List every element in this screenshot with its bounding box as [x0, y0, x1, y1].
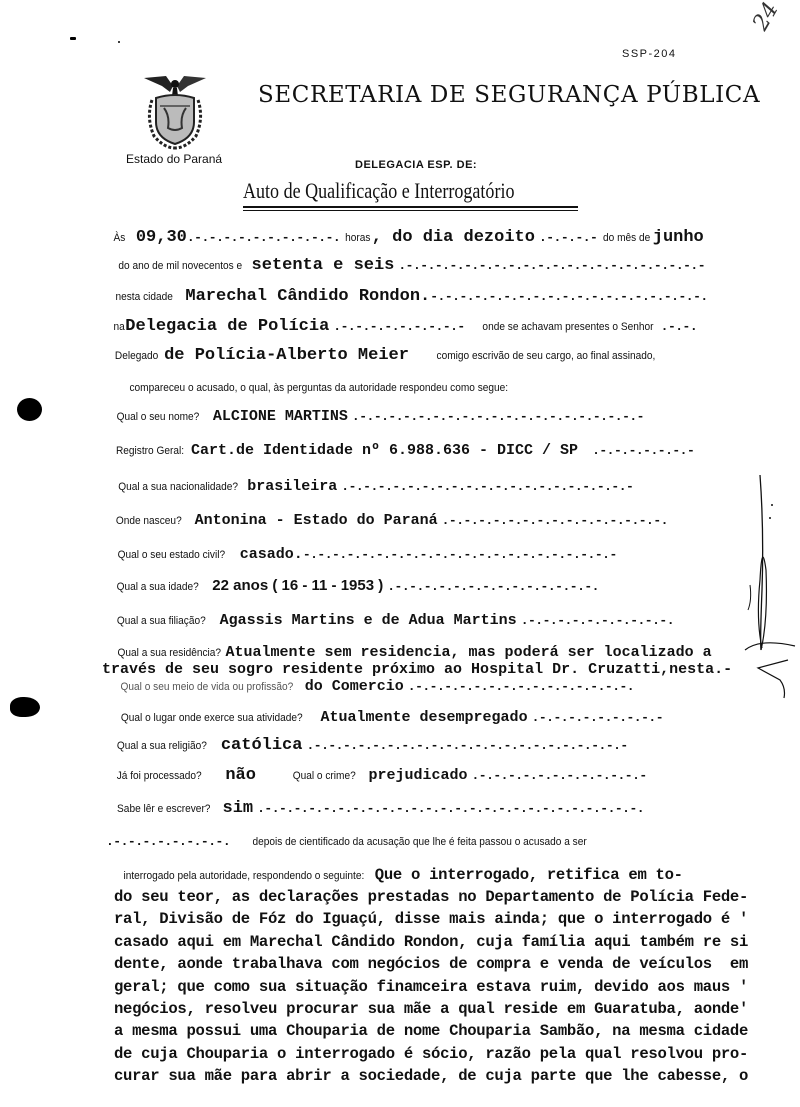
- handwritten-page-number: 24: [748, 0, 784, 35]
- opening-line-year: do ano de mil novecentos e setenta e sei…: [113, 256, 705, 275]
- fill-dashes: .-.-.-.-.-.-.-.-.-.-.-.-.-.-.-.-.-.-.-.-: [352, 409, 644, 424]
- qa-birthplace: Onde nasceu? Antonina - Estado do Paraná…: [113, 511, 668, 529]
- question: Qual a sua residência?: [118, 647, 222, 659]
- opening-line-appearance: compareceu o acusado, o qual, às pergunt…: [113, 378, 525, 396]
- title-underline: [243, 206, 578, 208]
- qa-profession: Qual o seu meio de vida ou profissão? do…: [113, 677, 634, 695]
- label-month: do mês de: [603, 232, 650, 244]
- question-crime: Qual o crime?: [293, 770, 356, 782]
- statement-line: curar sua mãe para abrir a sociedade, de…: [114, 1065, 794, 1087]
- month-value: junho: [653, 228, 704, 247]
- answer: Atualmente sem residencia, mas poderá se…: [226, 644, 712, 661]
- label-presence: onde se achavam presentes o Senhor: [482, 321, 653, 333]
- answer: Atualmente desempregado: [321, 709, 528, 726]
- question: Qual a sua nacionalidade?: [118, 481, 238, 493]
- answer: ALCIONE MARTINS: [213, 408, 348, 425]
- fill-dashes: .-.-.: [661, 319, 698, 334]
- qa-age: Qual a sua idade? 22 anos ( 16 - 11 - 19…: [113, 577, 599, 595]
- fill-dashes: .-.-.-.-.-.-.-.-.-.-.-.-.-.-.-.-.-.-.-.-…: [306, 738, 627, 753]
- transition-line-1: .-.-.-.-.-.-.-.-. depois de cientificado…: [106, 832, 601, 850]
- title-underline: [243, 210, 578, 211]
- fill-dashes: .-.-.-.-.-.-.-.-.-.-.: [187, 230, 340, 245]
- statement-body: do seu teor, as declarações prestadas no…: [114, 886, 794, 1088]
- question: Já foi processado?: [117, 770, 202, 782]
- qa-nationality: Qual a sua nacionalidade? brasileira .-.…: [113, 477, 633, 495]
- answer-crime: prejudicado: [368, 767, 467, 784]
- qa-workplace: Qual o lugar onde exerce sua atividade? …: [113, 708, 663, 726]
- statement-line: casado aqui em Marechal Cândido Rondon, …: [114, 931, 794, 953]
- fill-dashes: .-.-.-.-.-.-.-.-.-.-.-.-.-.-.-.: [442, 513, 668, 528]
- day-value: , do dia dezoito: [372, 228, 535, 247]
- fill-dashes: .-.-.-.-: [539, 230, 597, 245]
- official-value: de Polícia-Alberto Meier: [164, 346, 409, 365]
- fill-dashes: .-.-.-.-.-.-.-.-.-.-.-.-: [471, 768, 646, 783]
- question: Sabe lêr e escrever?: [117, 803, 210, 815]
- answer: 22 anos ( 16 - 11 - 1953 ): [212, 577, 383, 594]
- transition-text: interrogado pela autoridade, respondendo…: [123, 870, 364, 882]
- label-year: do ano de mil novecentos e: [118, 260, 242, 272]
- answer: brasileira: [247, 478, 337, 495]
- label-delegado: Delegado: [115, 350, 158, 362]
- question: Qual a sua idade?: [117, 581, 199, 593]
- city-value: Marechal Cândido Rondon.: [185, 287, 430, 306]
- form-title: Auto de Qualificação e Interrogatório: [243, 178, 514, 204]
- qa-parents: Qual a sua filiação? Agassis Martins e d…: [113, 611, 674, 629]
- label-appearance: compareceu o acusado, o qual, às pergunt…: [129, 382, 508, 394]
- qa-civil-status: Qual o seu estado civil? casado.-.-.-.-.…: [113, 545, 617, 563]
- label-clerk: comigo escrivão de seu cargo, ao final a…: [436, 350, 655, 362]
- year-value: setenta e seis: [252, 256, 395, 275]
- question: Qual a sua filiação?: [117, 615, 206, 627]
- transition-line-2: interrogado pela autoridade, respondendo…: [113, 864, 683, 886]
- question: Qual o seu estado civil?: [118, 549, 225, 561]
- question: Qual a sua religião?: [117, 740, 207, 752]
- answer: Agassis Martins e de Adua Martins: [220, 612, 517, 629]
- qa-registry: Registro Geral: Cart.de Identidade nº 6.…: [113, 441, 694, 459]
- statement-line: dente, aonde trabalhava com negócios de …: [114, 953, 794, 975]
- fill-dashes: .-.-.-.-.-.-.-.-.-.-.-.-.-.-.-.-.-.-.-.-: [341, 479, 633, 494]
- qa-residence: Qual a sua residência?Atualmente sem res…: [113, 643, 712, 661]
- binder-hole-icon: [17, 398, 42, 421]
- fill-dashes: .-.-.-.-.-.-.-.-.-.-.-.-.-.-.-.-.-.-.-.-…: [398, 258, 705, 273]
- qa-religion: Qual a sua religião? católica .-.-.-.-.-…: [113, 736, 628, 755]
- department-label: DELEGACIA ESP. DE:: [355, 159, 477, 171]
- statement-line: do seu teor, as declarações prestadas no…: [114, 886, 794, 908]
- answer: casado.: [240, 546, 303, 563]
- fill-dashes: .-.-.-.-.-.-.-.-.-.-.-.-.-.-.-.: [408, 679, 634, 694]
- label-at: Às: [114, 232, 126, 244]
- qa-literacy: Sabe lêr e escrever? sim .-.-.-.-.-.-.-.…: [113, 799, 644, 818]
- statement-line: de cuja Chouparia o interrogado é sócio,…: [114, 1043, 794, 1065]
- fill-dashes: .-.-.-.-.-.-.-: [592, 443, 694, 458]
- ink-speck: [118, 41, 120, 43]
- qa-residence-continued: través de seu sogro residente próximo ao…: [102, 660, 732, 678]
- time-value: 09,30: [136, 228, 187, 247]
- binder-hole-icon: [10, 697, 40, 717]
- fill-dashes: .-.-.-.-.-.-.-.-.-: [532, 710, 663, 725]
- label-na: na: [113, 321, 124, 333]
- answer: sim: [223, 799, 254, 818]
- answer: não: [225, 766, 256, 785]
- fill-dashes: -.-.-.-.-.-.-.-.-.-.-.-.-.-.-.-.-.-.-.: [430, 289, 707, 304]
- question: Onde nasceu?: [116, 515, 182, 527]
- label-city: nesta cidade: [115, 291, 172, 303]
- fill-dashes: .-.-.-.-.-.-.-.-.-.-.-.-.-.-.: [387, 579, 599, 594]
- fill-dashes: .-.-.-.-.-.-.-.-.: [106, 834, 230, 849]
- agency-title: SECRETARIA DE SEGURANÇA PÚBLICA: [258, 82, 760, 108]
- statement-line: a mesma possui uma Chouparia de nome Cho…: [114, 1020, 794, 1042]
- statement-line: negócios, resolveu procurar sua mãe a qu…: [114, 998, 794, 1020]
- answer: católica: [221, 736, 303, 755]
- fill-dashes: .-.-.-.-.-.-.-.-.-: [333, 319, 464, 334]
- fill-dashes: .-.-.-.-.-.-.-.-.-.-.: [521, 613, 674, 628]
- answer: do Comercio: [305, 678, 404, 695]
- ink-speck: [70, 37, 76, 40]
- question: Registro Geral:: [116, 445, 184, 457]
- question: Qual o seu nome?: [117, 411, 200, 423]
- statement-line: geral; que como sua situação finamceira …: [114, 976, 794, 998]
- qa-name: Qual o seu nome? ALCIONE MARTINS .-.-.-.…: [113, 407, 644, 425]
- opening-line-time: Às 09,30.-.-.-.-.-.-.-.-.-.-. horas, do …: [113, 228, 704, 247]
- form-code: SSP-204: [622, 48, 677, 60]
- question: Qual o lugar onde exerce sua atividade?: [121, 712, 303, 724]
- transition-text: depois de cientificado da acusação que l…: [253, 836, 587, 848]
- opening-line-place: naDelegacia de Polícia .-.-.-.-.-.-.-.-.…: [113, 317, 697, 336]
- place-value: Delegacia de Polícia: [125, 317, 329, 336]
- question: Qual o seu meio de vida ou profissão?: [121, 681, 294, 693]
- statement-line: ral, Divisão de Fóz do Iguaçú, disse mai…: [114, 908, 794, 930]
- statement-first-line: Que o interrogado, retifica em to-: [375, 866, 683, 884]
- answer: Antonina - Estado do Paraná: [195, 512, 438, 529]
- fill-dashes: .-.-.-.-.-.-.-.-.-.-.-.-.-.-.-.-.-.-.-.-…: [257, 801, 644, 816]
- state-label: Estado do Paraná: [126, 152, 222, 166]
- answer: través de seu sogro residente próximo ao…: [102, 661, 732, 678]
- opening-line-city: nesta cidade Marechal Cândido Rondon.-.-…: [113, 287, 708, 306]
- answer: Cart.de Identidade nº 6.988.636 - DICC /…: [191, 442, 578, 459]
- parana-coat-of-arms-icon: [142, 72, 208, 150]
- opening-line-official: Delegado de Polícia-Alberto Meier comigo…: [113, 346, 665, 365]
- qa-prosecuted: Já foi processado? não Qual o crime? pre…: [113, 766, 647, 785]
- initials-signature-icon: [740, 470, 800, 700]
- fill-dashes: -.-.-.-.-.-.-.-.-.-.-.-.-.-.-.-.-.-.-.-.…: [303, 547, 617, 562]
- label-hours: horas: [345, 232, 370, 244]
